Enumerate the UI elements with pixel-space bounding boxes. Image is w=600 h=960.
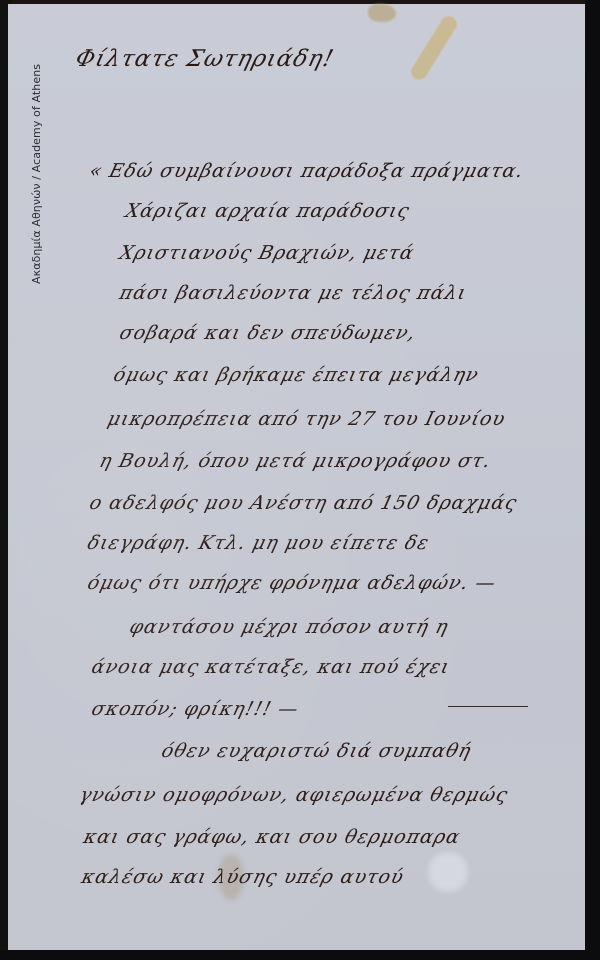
letter-line: Χάριζαι αρχαία παράδοσις [123, 200, 412, 222]
letter-line: άνοια μας κατέταξε, και πού έχει [89, 656, 452, 678]
letter-line: Χριστιανούς Βραχιών, μετά [117, 242, 417, 264]
letter-salutation: Φίλτατε Σωτηριάδη! [73, 46, 337, 72]
letter-line: πάσι βασιλεύοντα με τέλος πάλι [117, 282, 469, 304]
letter-line: καλέσω και λύσης υπέρ αυτού [79, 866, 406, 888]
letter-line: όμως και βρήκαμε έπειτα μεγάλην [111, 364, 481, 386]
letter-line: σκοπόν; φρίκη!!! — [89, 698, 301, 720]
ink-dash [448, 706, 528, 707]
letter-line: γνώσιν ομοφρόνων, αφιερωμένα θερμώς [77, 784, 510, 806]
paper-stain [408, 13, 460, 83]
paper-stain [368, 4, 396, 22]
paper-stain [218, 854, 244, 900]
archive-watermark: Ακαδημία Αθηνών / Academy of Athens [30, 64, 50, 284]
letter-line: ο αδελφός μου Ανέστη από 150 δραχμάς [87, 492, 520, 514]
scan-frame-bottom [0, 950, 600, 960]
letter-line: « Εδώ συμβαίνουσι παράδοξα πράγματα. [87, 160, 526, 182]
letter-line: η Βουλή, όπου μετά μικρογράφου στ. [97, 450, 493, 472]
letter-line: μικροπρέπεια από την 27 του Ιουνίου [105, 408, 508, 430]
letter-line: φαντάσου μέχρι πόσον αυτή η [127, 616, 451, 638]
letter-line: σοβαρά και δεν σπεύδωμεν, [117, 322, 418, 344]
letter-line: και σας γράφω, και σου θερμοπαρα [81, 826, 463, 848]
letter-line: διεγράφη. Κτλ. μη μου είπετε δε [85, 532, 431, 554]
letter-page: Ακαδημία Αθηνών / Academy of Athens Φίλτ… [8, 4, 585, 950]
letter-line: όθεν ευχαριστώ διά συμπαθή [159, 740, 474, 762]
scan-frame-right [585, 0, 600, 960]
paper-stain [428, 852, 468, 892]
letter-line: όμως ότι υπήρχε φρόνημα αδελφών. — [85, 572, 498, 594]
